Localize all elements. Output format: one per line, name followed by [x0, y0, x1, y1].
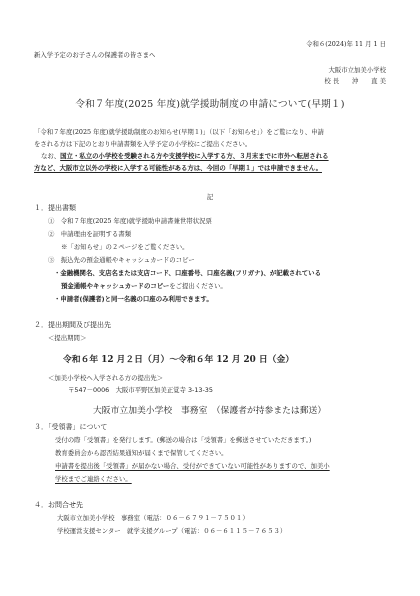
- contact-school-office: 大阪市立加美小学校 事務室（電話：０６－６７９１－７５０１）: [57, 514, 249, 523]
- section-1-bullet-2: ・申請者(保護者)と同一名義の口座のみ利用できます。: [54, 295, 213, 304]
- section-1-item-1: ① 令和７年度(2025 年度)就学援助申請書兼世帯状況票: [48, 217, 212, 226]
- note-emphasis-1: 国立・私立の小学校を受験される方や支援学校に入学する方、３月末までに市外へ転居さ…: [60, 152, 328, 160]
- intro-line-2: をされる方は下記のとおり申請書類を入学予定の小学校にご提出ください。: [34, 140, 251, 149]
- section-3-heading: ３．「受領書」について: [34, 423, 107, 432]
- issue-date: 令和６(2024)年 11 月 1 日: [306, 40, 386, 49]
- receipt-warning-1: 申請書を提出後「受領書」が届かない場合、受付ができていない可能性がありますので、…: [55, 462, 330, 471]
- note-emphasis-2: 方など、大阪市立以外の学校に入学する可能性がある方は、今回の「早期１」では申請で…: [34, 164, 322, 173]
- section-4-heading: ４．お問合せ先: [34, 501, 83, 510]
- contact-support-center: 学校運営支援センター 就学支援グループ（電話：０６－６１１５－７６５３）: [57, 527, 286, 536]
- section-1-heading: １．提出書類: [34, 204, 76, 213]
- document-page: 令和６(2024)年 11 月 1 日 新入学予定のお子さんの保護者の皆さまへ …: [0, 0, 420, 596]
- submission-office: 大阪市立加美小学校 事務室 （保護者が持参または郵送）: [93, 403, 326, 416]
- document-title: 令和７年度(2025 年度)就学援助制度の申請について(早期１): [0, 96, 420, 110]
- section-1-item-3: ③ 振込先の預金通帳やキャッシュカードのコピー: [48, 256, 195, 265]
- receipt-line-2: 教育委員会から認否結果通知が届くまで保管してください。: [55, 449, 228, 458]
- destination-label: ＜加美小学校へ入学される方の提出先＞: [48, 374, 163, 383]
- section-1-item-2: ② 申請理由を証明する書類: [48, 230, 131, 239]
- ki-marker: 記: [0, 193, 420, 202]
- submission-period: 令和６年 12 月２日（月）～令和６年 12 月 20 日（金）: [63, 352, 294, 365]
- bullet-1-rest: をご提出ください。: [169, 282, 227, 290]
- school-address: 〒547－0006 大阪市平野区加美正覚寺 3-13-35: [68, 386, 213, 395]
- section-1-bullet-1: ・金融機関名、支店名または支店コード、口座番号、口座名義(フリガナ)、が記載され…: [54, 269, 321, 278]
- intro-note-line-1: なお、国立・私立の小学校を受験される方や支援学校に入学する方、３月末までに市外へ…: [41, 152, 329, 161]
- receipt-line-1: 受付の際「受領書」を発行します。(郵送の場合は「受領書」を郵送させていただきます…: [55, 436, 311, 445]
- note-prefix: なお、: [41, 152, 60, 160]
- principal-name: 校 長 沖 直 美: [324, 77, 386, 86]
- section-1-item-2-note: ※「お知らせ」の２ページをご覧ください。: [61, 243, 189, 252]
- recipient-line: 新入学予定のお子さんの保護者の皆さまへ: [34, 51, 155, 60]
- school-name: 大阪市立加美小学校: [328, 66, 386, 75]
- period-label: ＜提出期間＞: [48, 334, 86, 343]
- intro-line-1: 「令和７年度(2025 年度)就学援助制度のお知らせ(早期１)」（以下「お知らせ…: [34, 128, 324, 137]
- section-1-bullet-1-cont: 預金通帳やキャッシュカードのコピーをご提出ください。: [61, 282, 227, 291]
- receipt-warning-2: 学校までご連絡ください。: [55, 475, 132, 484]
- bullet-1-emphasis: 預金通帳やキャッシュカードのコピー: [61, 282, 169, 290]
- section-2-heading: ２．提出期間及び提出先: [34, 321, 111, 330]
